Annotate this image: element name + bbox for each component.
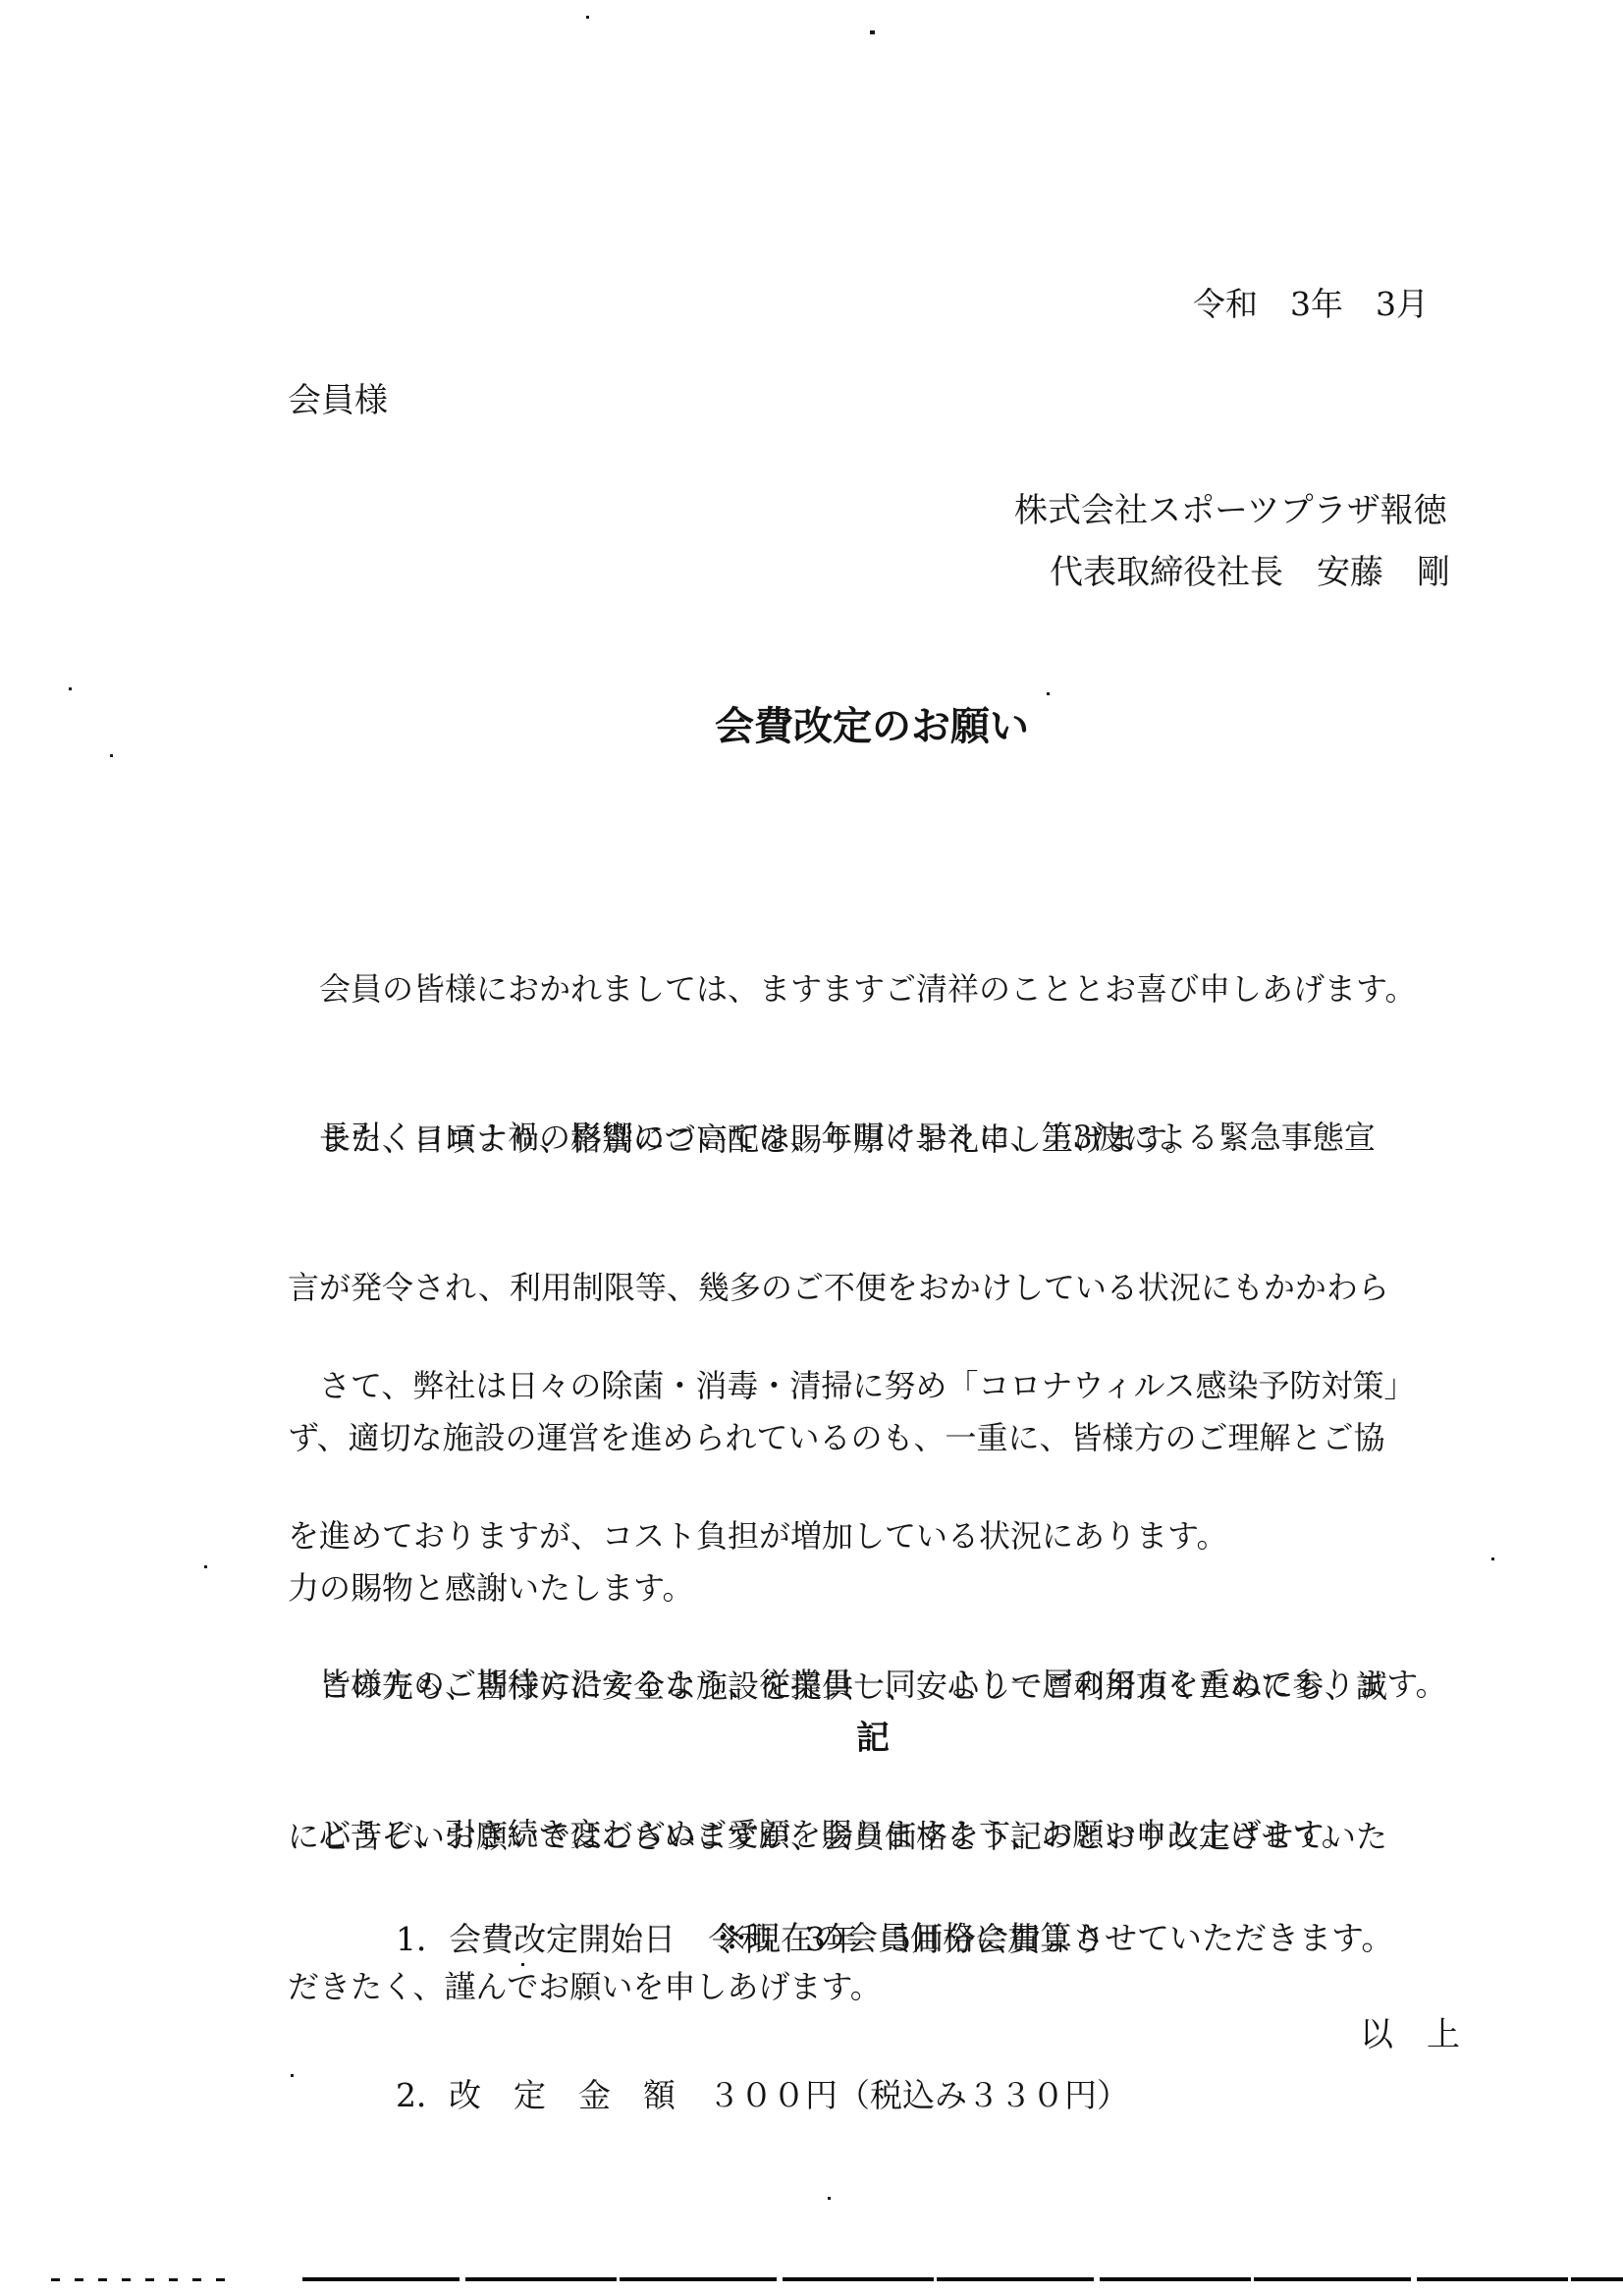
- paragraph-line: 会員の皆様におかれましては、ますますご清祥のこととお喜び申しあげます。: [288, 964, 1416, 1014]
- scan-speck: [1047, 692, 1050, 695]
- revision-details-list: 1．会費改定開始日 令和 3年 5月分会費より 2．改 定 金 額 ３００円（税…: [396, 1809, 1129, 2225]
- closing-ijou: 以 上: [1360, 2007, 1460, 2055]
- bottom-scan-artifact-dashes: [51, 2278, 238, 2281]
- letter-title: 会費改定のお願い: [715, 695, 1029, 751]
- scanned-letter-page: 令和 3年 3月 会員様 株式会社スポーツプラザ報徳 代表取締役社長 安藤 剛 …: [0, 0, 1623, 2296]
- list-note: ※現在の会員価格に加算させていただきます。: [716, 1913, 1393, 1959]
- paragraph-line: 皆様方のご期待に沿えるよう、従業員一同、より一層の努力を重ねて参ります。: [288, 1660, 1447, 1710]
- scan-speck: [586, 16, 589, 19]
- scan-speck: [828, 2197, 831, 2200]
- scan-speck: [291, 2074, 294, 2077]
- scan-speck: [69, 687, 72, 690]
- scan-speck: [1491, 1558, 1494, 1560]
- scan-speck: [110, 754, 113, 757]
- letter-date: 令和 3年 3月: [1193, 279, 1429, 325]
- paragraph-line: を進めておりますが、コスト負担が増加している状況にあります。: [288, 1511, 1415, 1561]
- scan-speck: [870, 30, 875, 34]
- paragraph-line: 長引くコロナ禍の影響については、年明け早々に、第3波による緊急事態宣: [288, 1113, 1389, 1163]
- sender-representative: 代表取締役社長 安藤 剛: [1050, 545, 1450, 593]
- sender-company-name: 株式会社スポーツプラザ報徳: [1014, 483, 1447, 531]
- list-item-revised-amount: 2．改 定 金 額 ３００円（税込み３３０円）: [396, 2069, 1129, 2121]
- scan-speck: [521, 1963, 524, 1966]
- recipient-name: 会員様: [288, 373, 388, 421]
- notation-marker-ki: 記: [856, 1711, 890, 1759]
- scan-speck: [204, 1565, 207, 1568]
- paragraph-line: さて、弊社は日々の除菌・消毒・清掃に努め「コロナウィルス感染予防対策」: [288, 1361, 1415, 1411]
- bottom-scan-artifact-line: [302, 2277, 1623, 2281]
